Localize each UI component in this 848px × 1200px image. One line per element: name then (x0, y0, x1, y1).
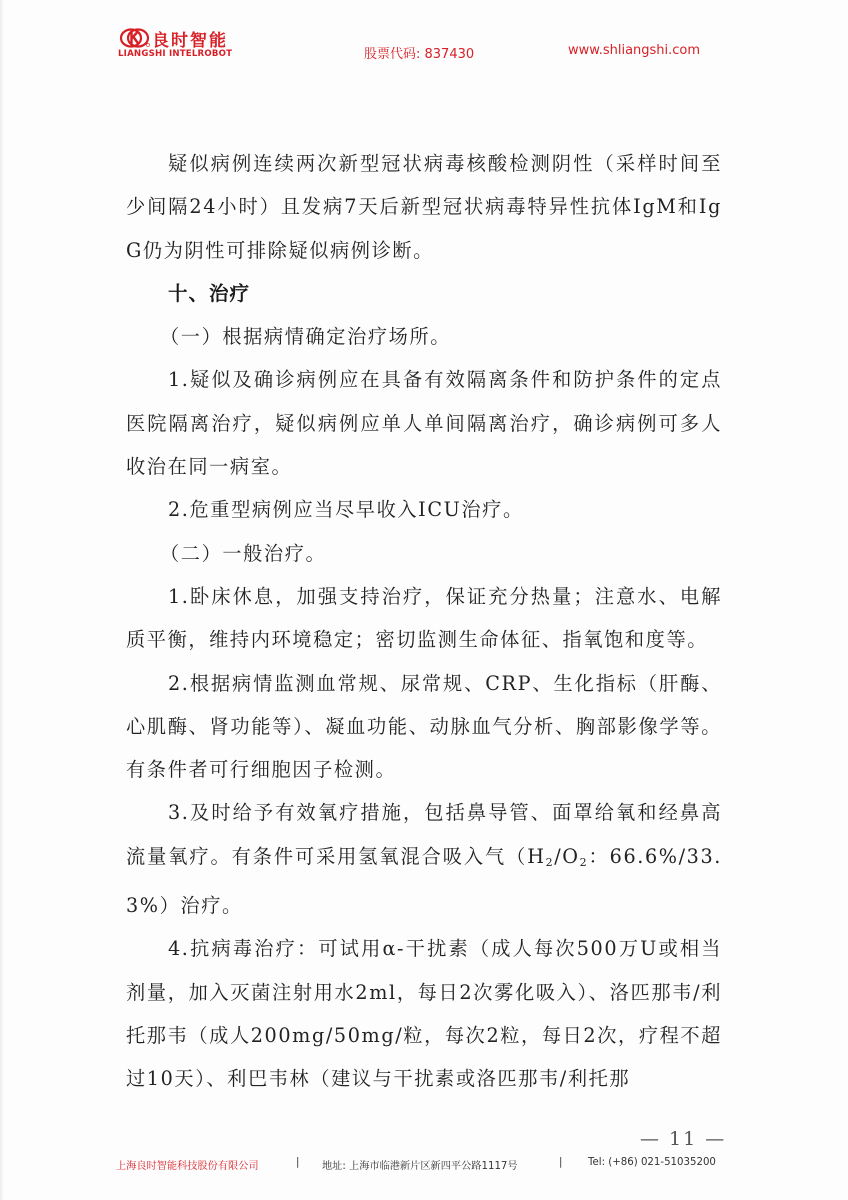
paragraph: 疑似病例连续两次新型冠状病毒核酸检测阴性（采样时间至少间隔24小时）且发病7天后… (126, 142, 722, 272)
subscript: 2 (580, 856, 589, 869)
paragraph-with-formula: 3.及时给予有效氧疗措施，包括鼻导管、面罩给氧和经鼻高流量氧疗。有条件可采用氢氧… (126, 791, 722, 927)
footer-address: 地址: 上海市临港新片区新四平公路1117号 (322, 1157, 518, 1172)
subsection-heading: （二）一般治疗。 (126, 532, 722, 575)
subscript: 2 (546, 856, 555, 869)
logo-english-name: LIANGSHI INTELROBOT (118, 49, 232, 59)
logo-k-icon (120, 28, 150, 48)
paragraph: 1.卧床休息，加强支持治疗，保证充分热量；注意水、电解质平衡，维持内环境稳定；密… (126, 575, 722, 662)
footer-company-name: 上海良时智能科技股份有限公司 (116, 1157, 259, 1172)
formula-text-mid: /O (554, 845, 579, 868)
page-header: 良时智能 LIANGSHI INTELROBOT 股票代码: 837430 ww… (118, 24, 748, 64)
page-footer: 上海良时智能科技股份有限公司 | 地址: 上海市临港新片区新四平公路1117号 … (116, 1157, 748, 1173)
document-body: 疑似病例连续两次新型冠状病毒核酸检测阴性（采样时间至少间隔24小时）且发病7天后… (126, 142, 722, 1101)
company-logo: 良时智能 LIANGSHI INTELROBOT (118, 26, 248, 62)
website-link[interactable]: www.shliangshi.com (568, 43, 700, 58)
footer-telephone: Tel: (+86) 021-51035200 (588, 1157, 716, 1168)
document-page: 良时智能 LIANGSHI INTELROBOT 股票代码: 837430 ww… (0, 0, 848, 1200)
footer-separator: | (296, 1157, 299, 1168)
paragraph: 4.抗病毒治疗：可试用α-干扰素（成人每次500万U或相当剂量，加入灭菌注射用水… (126, 927, 722, 1100)
page-number: — 11 — (640, 1128, 726, 1150)
scan-edge (0, 0, 4, 1200)
paragraph: 2.危重型病例应当尽早收入ICU治疗。 (126, 488, 722, 531)
logo-chinese-name: 良时智能 (152, 26, 228, 51)
subsection-heading: （一）根据病情确定治疗场所。 (126, 315, 722, 358)
paragraph: 2.根据病情监测血常规、尿常规、CRP、生化指标（肝酶、心肌酶、肾功能等）、凝血… (126, 662, 722, 792)
section-heading: 十、治疗 (126, 272, 722, 315)
footer-separator: | (559, 1157, 562, 1168)
paragraph: 1.疑似及确诊病例应在具备有效隔离条件和防护条件的定点医院隔离治疗，疑似病例应单… (126, 358, 722, 488)
stock-code: 股票代码: 837430 (364, 43, 474, 62)
